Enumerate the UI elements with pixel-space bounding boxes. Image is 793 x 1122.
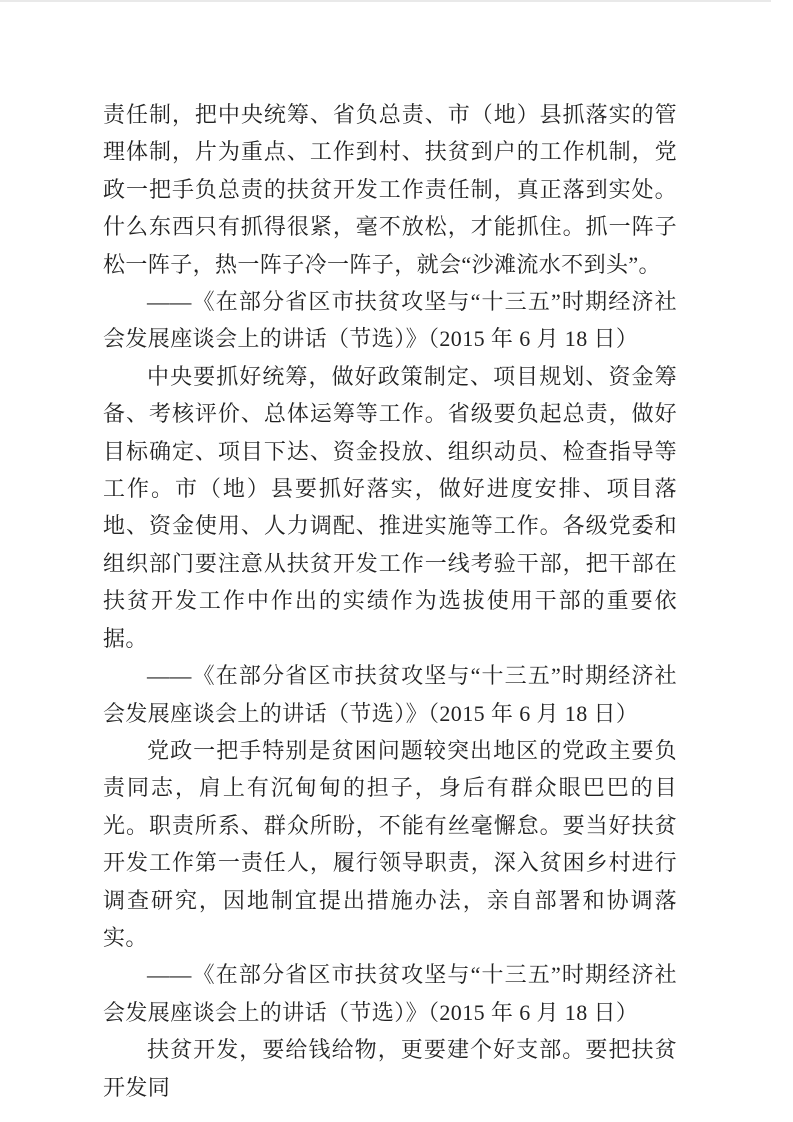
document-body: 责任制，把中央统筹、省负总责、市（地）县抓落实的管理体制，片为重点、工作到村、扶… [103, 96, 677, 1106]
attribution-line: ——《在部分省区市扶贫攻坚与“十三五”时期经济社会发展座谈会上的讲话（节选）》（… [103, 956, 677, 1031]
body-paragraph-continues-next-page: 扶贫开发，要给钱给物，更要建个好支部。要把扶贫开发同 [103, 1031, 677, 1106]
body-paragraph-continuation: 责任制，把中央统筹、省负总责、市（地）县抓落实的管理体制，片为重点、工作到村、扶… [103, 96, 677, 283]
document-page: 责任制，把中央统筹、省负总责、市（地）县抓落实的管理体制，片为重点、工作到村、扶… [0, 0, 793, 1122]
page-top-edge-line [0, 0, 771, 2]
attribution-line: ——《在部分省区市扶贫攻坚与“十三五”时期经济社会发展座谈会上的讲话（节选）》（… [103, 657, 677, 732]
body-paragraph: 中央要抓好统筹，做好政策制定、项目规划、资金筹备、考核评价、总体运筹等工作。省级… [103, 358, 677, 657]
body-paragraph: 党政一把手特别是贫困问题较突出地区的党政主要负责同志，肩上有沉甸甸的担子，身后有… [103, 732, 677, 956]
attribution-line: ——《在部分省区市扶贫攻坚与“十三五”时期经济社会发展座谈会上的讲话（节选）》（… [103, 283, 677, 358]
